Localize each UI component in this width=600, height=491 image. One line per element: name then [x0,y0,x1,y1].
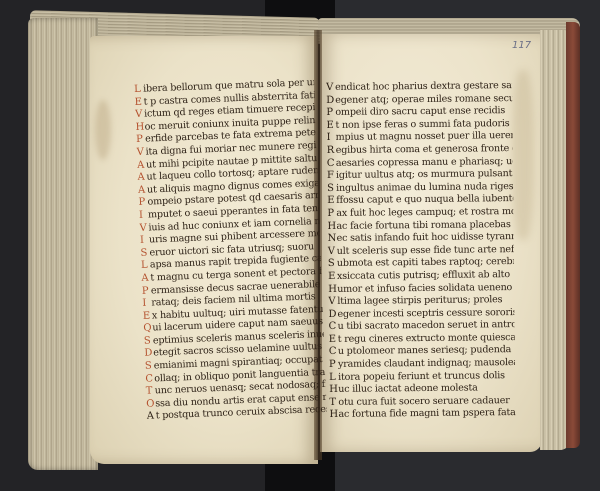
line-initial: O [146,398,155,411]
line-initial: D [144,348,153,361]
line-text: mpius ut magnu nosset puer illa uerenda [336,130,513,143]
line-initial: I [140,235,149,248]
line-initial: V [328,296,337,309]
line-text: u tibi sacrato macedon seruet in antro [338,319,515,332]
line-text: otu cura fuit socero seruare cadauer [338,395,509,408]
line-initial: E [143,310,152,323]
line-text: igitur uultus atq; os murmura pulsant [336,168,512,181]
line-text: xsiccata cutis putrisq; effluxit ab alto [337,269,510,282]
line-initial: C [145,373,154,386]
line-initial: L [134,84,143,97]
line-initial: H [327,220,336,233]
line-initial: D [328,309,337,322]
line-initial: P [326,107,335,120]
line-initial: R [327,145,336,158]
line-initial: T [329,397,338,410]
line-initial: H [329,384,338,397]
line-initial: N [328,233,337,246]
left-fore-edge [28,18,98,470]
line-text: u ptolomeor manes seriesq; pudenda [338,345,511,358]
right-page-text: Vendicat hoc pharius dextra gestare sate… [326,80,516,422]
line-text: ax fuit hoc leges campuq; et rostra moue… [336,206,513,219]
line-initial: Q [143,323,152,336]
water-stain [512,70,534,240]
line-text: umor et infuso facies solidata ueneno e [337,282,514,295]
line-text: yramides claudant indignaq; mausolea [338,357,515,370]
line-text: egibus hirta coma et generosa fronte dec… [336,143,513,156]
line-initial: A [141,272,150,285]
line-initial: V [135,109,144,122]
line-text: ltima lagee stirpis periturus; proles [337,294,502,307]
line-initial: H [329,409,338,422]
manuscript-line: Litora popeiu feriunt et truncus dolis [329,370,515,385]
line-text: ult sceleris sup esse fide tunc arte nef… [337,244,514,257]
line-initial: L [329,372,338,385]
line-initial: P [142,285,151,298]
line-initial: P [138,197,147,210]
line-text: ompeii diro sacru caput ense recidis [335,105,505,118]
line-initial: V [139,222,148,235]
line-initial: P [136,134,145,147]
line-initial: C [329,321,338,334]
line-initial: E [327,195,336,208]
manuscript-line: Hac fortuna fide magni tam pspera fata [329,407,515,422]
folio-number: 117 [512,40,531,51]
leather-cover [566,22,580,448]
line-text: ac fortuna fide magni tam pspera fata [338,407,515,420]
line-initial: V [326,82,335,95]
line-initial: E [326,120,335,133]
line-initial: S [328,258,337,271]
line-initial: L [141,260,150,273]
line-initial: H [328,283,337,296]
line-initial: C [329,346,338,359]
line-initial: E [134,96,143,109]
line-initial: A [137,172,146,185]
line-text: ffossu caput e quo nuqua bella iubente [336,193,513,206]
left-page-text: Libera bellorum que matru sola per undas… [134,77,327,424]
line-initial: S [327,183,336,196]
line-initial: F [327,170,336,183]
line-initial: A [138,184,147,197]
line-initial: D [326,94,335,107]
line-initial: I [142,298,151,311]
line-initial: V [328,246,337,259]
line-initial: P [327,208,336,221]
line-initial: P [329,359,338,372]
line-text: aesaries copressa manu e phariasq; uerut… [336,156,513,169]
line-initial: A [137,159,146,172]
line-text: ac facie fortuna tibi romana placebas [336,219,510,232]
line-text: endicat hoc pharius dextra gestare satel… [335,80,512,93]
line-initial: E [328,271,337,284]
line-initial: S [145,361,154,374]
line-initial: C [327,157,336,170]
line-initial: H [135,121,144,134]
line-text: ec satis infando fuit hoc uidisse tyrann… [337,231,514,244]
line-initial: E [329,334,338,347]
line-initial: S [144,335,153,348]
line-text: itora popeiu feriunt et truncus dolis [338,370,505,383]
water-stain [95,100,111,160]
line-text: t regu cineres extructo monte quiescant [338,332,515,345]
line-initial: S [140,247,149,260]
line-initial: I [327,132,336,145]
line-text: ubmota est capiti tabes raptoq; cerebro [337,256,514,269]
line-text: egener incesti sceptris cessure sororis [337,307,514,320]
line-initial: A [147,411,156,424]
line-text: uc illuc iactat adeone molesta [338,383,477,395]
line-initial: V [136,147,145,160]
line-initial: T [146,386,155,399]
line-initial: I [139,209,148,222]
line-text: egener atq; operae miles romane secunde [335,93,512,106]
line-text: ingultus animae du lumina nuda rigescunt [336,181,513,194]
line-text: t non ipse feras o summi fata pudoris [335,118,509,131]
